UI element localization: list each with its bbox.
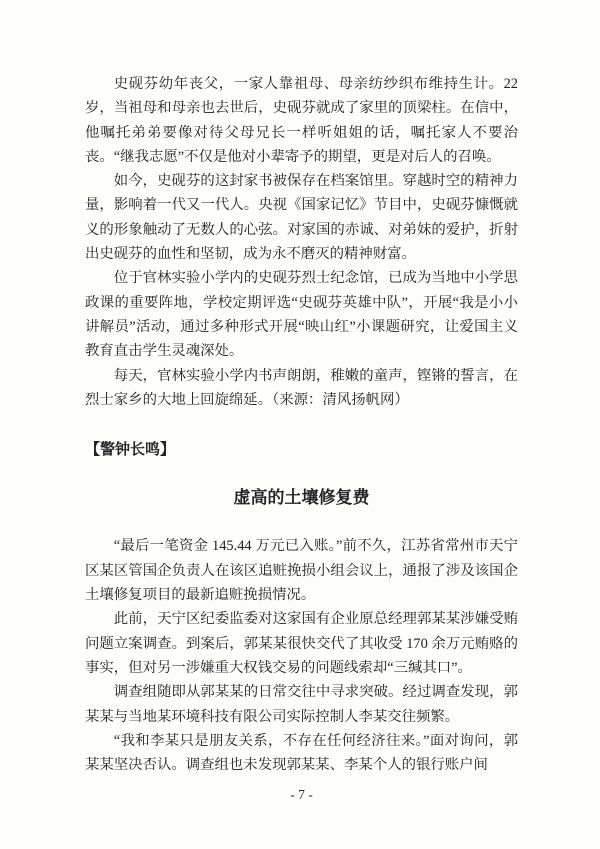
paragraph: “我和李某只是朋友关系，不存在任何经济往来。”面对询问，郭某某坚决否认。调查组也… <box>85 729 518 778</box>
paragraph: “最后一笔资金 145.44 万元已入账。”前不久，江苏省常州市天宁区某区管国企… <box>85 534 518 607</box>
paragraph: 位于官林实验小学内的史砚芬烈士纪念馆，已成为当地中小学思政课的重要阵地，学校定期… <box>85 266 518 363</box>
document-page: 史砚芬幼年丧父，一家人靠祖母、母亲纺纱织布维持生计。22 岁，当祖母和母亲也去世… <box>0 0 600 849</box>
alert-article-body: “最后一笔资金 145.44 万元已入账。”前不久，江苏省常州市天宁区某区管国企… <box>85 534 518 777</box>
memorial-article: 史砚芬幼年丧父，一家人靠祖母、母亲纺纱织布维持生计。22 岁，当祖母和母亲也去世… <box>85 72 518 412</box>
paragraph: 调查组随即从郭某某的日常交往中寻求突破。经过调查发现，郭某某与当地某环境科技有限… <box>85 680 518 729</box>
paragraph: 史砚芬幼年丧父，一家人靠祖母、母亲纺纱织布维持生计。22 岁，当祖母和母亲也去世… <box>85 72 518 169</box>
page-number: - 7 - <box>85 785 518 805</box>
paragraph: 此前，天宁区纪委监委对这家国有企业原总经理郭某某涉嫌受贿问题立案调查。到案后，郭… <box>85 607 518 680</box>
paragraph: 如今，史砚芬的这封家书被保存在档案馆里。穿越时空的精神力量，影响着一代又一代人。… <box>85 169 518 266</box>
section-heading: 【警钟长鸣】 <box>85 438 518 462</box>
article-title: 虚高的土壤修复费 <box>85 484 518 512</box>
paragraph: 每天，官林实验小学内书声朗朗，稚嫩的童声，铿锵的誓言，在烈士家乡的大地上回旋绵延… <box>85 364 518 413</box>
alert-article: 【警钟长鸣】 虚高的土壤修复费 “最后一笔资金 145.44 万元已入账。”前不… <box>85 438 518 777</box>
